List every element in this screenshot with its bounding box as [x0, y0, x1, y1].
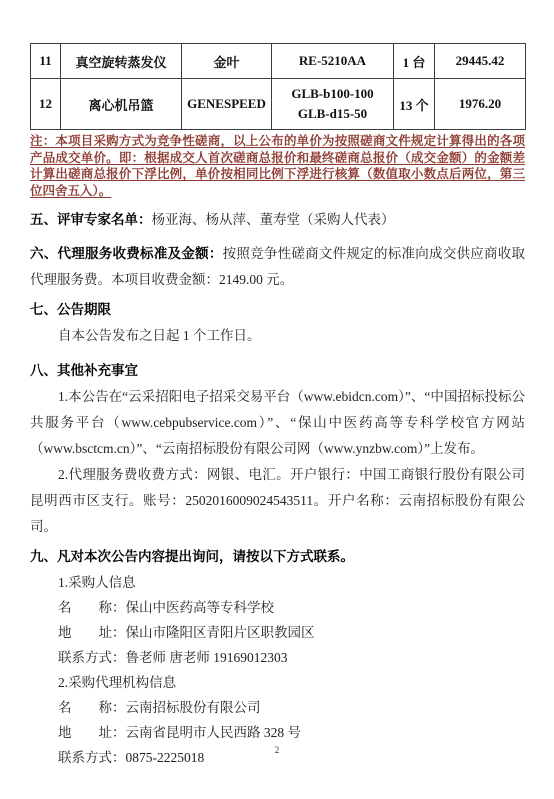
- agency-address-value: 云南省昆明市人民西路 328 号: [126, 725, 302, 740]
- agency-name-line: 名 称：云南招标股份有限公司: [30, 695, 525, 720]
- buyer-address-label: 地 址：: [58, 625, 126, 640]
- section-5-heading: 五、评审专家名单：: [30, 212, 152, 227]
- table-row: 11 真空旋转蒸发仪 金叶 RE-5210AA 1 台 29445.42: [31, 44, 526, 79]
- cell-item-name: 离心机吊篮: [61, 79, 182, 130]
- section-7-body: 自本公告发布之日起 1 个工作日。: [30, 323, 525, 349]
- section-8-paragraph-1: 1.本公告在“云采招阳电子招采交易平台（www.ebidcn.com）”、“中国…: [30, 384, 525, 462]
- buyer-contact-line: 联系方式：鲁老师 唐老师 19169012303: [30, 645, 525, 670]
- cell-item-no: 12: [31, 79, 61, 130]
- buyer-address-line: 地 址：保山市隆阳区青阳片区职教园区: [30, 620, 525, 645]
- section-7-heading: 七、公告期限: [30, 302, 111, 317]
- cell-item-name: 真空旋转蒸发仪: [61, 44, 182, 79]
- section-7-announcement-period: 七、公告期限: [30, 297, 525, 323]
- page-number: 2: [0, 745, 554, 755]
- cell-item-model: GLB-b100-100 GLB-d15-50: [272, 79, 394, 130]
- buyer-name-line: 名 称：保山中医药高等专科学校: [30, 595, 525, 620]
- section-8-paragraph-2: 2.代理服务费收费方式：网银、电汇。开户银行：中国工商银行股份有限公司昆明西市区…: [30, 462, 525, 540]
- document-page: 11 真空旋转蒸发仪 金叶 RE-5210AA 1 台 29445.42 12 …: [0, 0, 554, 799]
- section-8-other-matters: 八、其他补充事宜: [30, 358, 525, 384]
- section-8-heading: 八、其他补充事宜: [30, 363, 138, 378]
- section-6-agency-fee: 六、代理服务收费标准及金额：按照竞争性磋商文件规定的标准向成交供应商收取代理服务…: [30, 241, 525, 293]
- buyer-contact-label: 联系方式：: [58, 650, 126, 665]
- table-row: 12 离心机吊篮 GENESPEED GLB-b100-100 GLB-d15-…: [31, 79, 526, 130]
- cell-item-price: 1976.20: [435, 79, 526, 130]
- model-line-1: GLB-b100-100: [274, 84, 391, 104]
- cell-item-no: 11: [31, 44, 61, 79]
- buyer-contact-value: 鲁老师 唐老师 19169012303: [126, 650, 288, 665]
- cell-item-model: RE-5210AA: [272, 44, 394, 79]
- section-6-heading: 六、代理服务收费标准及金额：: [30, 246, 223, 261]
- agency-name-label: 名 称：: [58, 700, 126, 715]
- buyer-address-value: 保山市隆阳区青阳片区职教园区: [126, 625, 315, 640]
- awarded-items-table: 11 真空旋转蒸发仪 金叶 RE-5210AA 1 台 29445.42 12 …: [30, 43, 526, 130]
- cell-item-price: 29445.42: [435, 44, 526, 79]
- agency-address-line: 地 址：云南省昆明市人民西路 328 号: [30, 720, 525, 745]
- buyer-name-label: 名 称：: [58, 600, 126, 615]
- pricing-note: 注：本项目采购方式为竞争性磋商，以上公布的单价为按照磋商文件规定计算得出的各项产…: [30, 133, 525, 199]
- agency-name-value: 云南招标股份有限公司: [126, 700, 261, 715]
- agency-info-title: 2.采购代理机构信息: [30, 670, 525, 695]
- buyer-info-title: 1.采购人信息: [30, 570, 525, 595]
- page-content: 11 真空旋转蒸发仪 金叶 RE-5210AA 1 台 29445.42 12 …: [0, 0, 554, 770]
- cell-item-qty: 13 个: [394, 79, 435, 130]
- cell-item-brand: GENESPEED: [182, 79, 272, 130]
- agency-address-label: 地 址：: [58, 725, 126, 740]
- buyer-name-value: 保山中医药高等专科学校: [126, 600, 275, 615]
- cell-item-brand: 金叶: [182, 44, 272, 79]
- model-line-2: GLB-d15-50: [274, 104, 391, 124]
- section-9-heading: 九、凡对本次公告内容提出询问，请按以下方式联系。: [30, 549, 354, 564]
- cell-item-qty: 1 台: [394, 44, 435, 79]
- section-9-inquiries: 九、凡对本次公告内容提出询问，请按以下方式联系。: [30, 544, 525, 570]
- section-5-experts: 五、评审专家名单：杨亚海、杨从萍、董寿堂（采购人代表）: [30, 207, 525, 233]
- section-5-text: 杨亚海、杨从萍、董寿堂（采购人代表）: [152, 212, 395, 227]
